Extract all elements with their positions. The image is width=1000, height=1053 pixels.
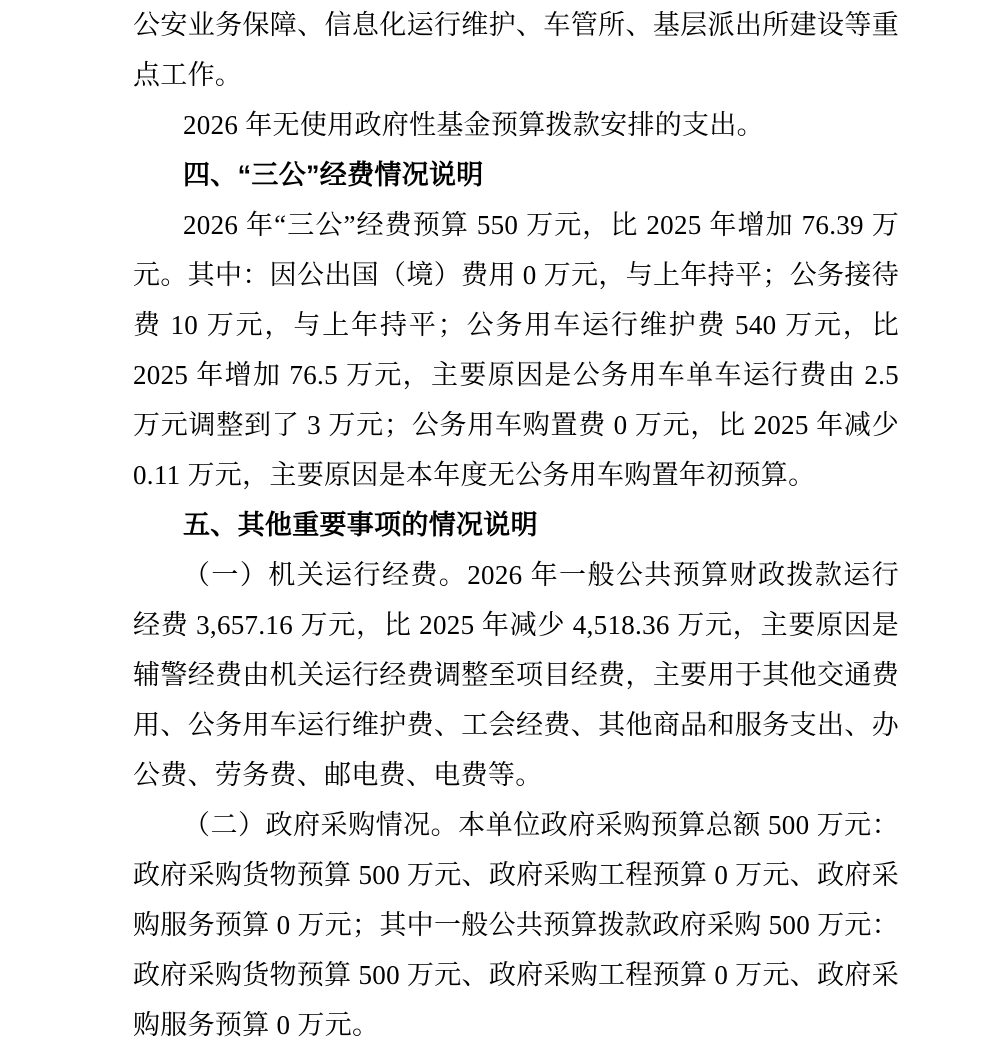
- paragraph-gov-fund-note: 2026 年无使用政府性基金预算拨款安排的支出。: [133, 100, 899, 150]
- paragraph-government-procurement: （二）政府采购情况。本单位政府采购预算总额 500 万元：政府采购货物预算 50…: [133, 800, 899, 1050]
- paragraph-three-public-expenses-detail: 2026 年“三公”经费预算 550 万元，比 2025 年增加 76.39 万…: [133, 200, 899, 500]
- document-page: 公安业务保障、信息化运行维护、车管所、基层派出所建设等重点工作。 2026 年无…: [0, 0, 1000, 1053]
- section-heading-other-important-matters: 五、其他重要事项的情况说明: [133, 500, 899, 550]
- document-body: 公安业务保障、信息化运行维护、车管所、基层派出所建设等重点工作。 2026 年无…: [133, 0, 899, 1050]
- paragraph-key-work-continuation: 公安业务保障、信息化运行维护、车管所、基层派出所建设等重点工作。: [133, 0, 899, 100]
- section-heading-three-public-expenses: 四、“三公”经费情况说明: [133, 150, 899, 200]
- paragraph-agency-operating-expenses: （一）机关运行经费。2026 年一般公共预算财政拨款运行经费 3,657.16 …: [133, 550, 899, 800]
